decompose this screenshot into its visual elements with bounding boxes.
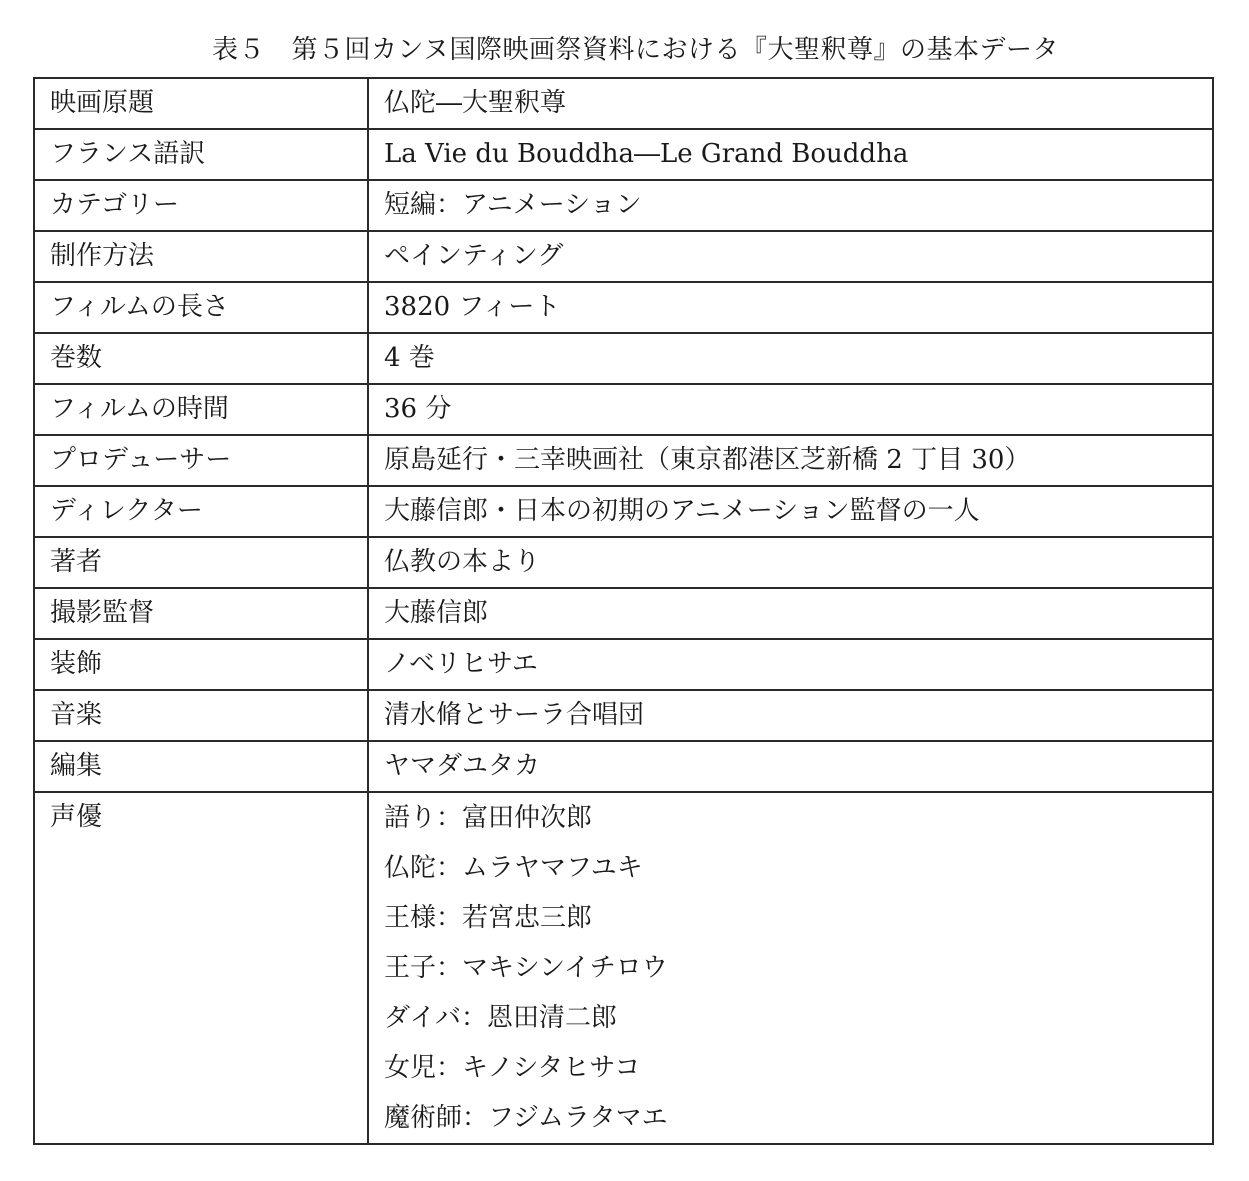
row-label: 音楽 [34, 690, 368, 741]
row-value: 大藤信郎・日本の初期のアニメーション監督の一人 [368, 486, 1213, 537]
cast-entry: 王様：若宮忠三郎 [384, 893, 1212, 943]
cast-entry: 仏陀：ムラヤマフユキ [384, 843, 1212, 893]
row-label: フィルムの時間 [34, 384, 368, 435]
row-value: 仏陀―大聖釈尊 [368, 78, 1213, 129]
table-row: 映画原題仏陀―大聖釈尊 [34, 78, 1213, 129]
row-label: 装飾 [34, 639, 368, 690]
row-label: 撮影監督 [34, 588, 368, 639]
row-label: 巻数 [34, 333, 368, 384]
table-row: 巻数4 巻 [34, 333, 1213, 384]
row-value: ペインティング [368, 231, 1213, 282]
table-row: フィルムの長さ3820 フィート [34, 282, 1213, 333]
row-value: 原島延行・三幸映画社（東京都港区芝新橋 2 丁目 30） [368, 435, 1213, 486]
row-label: 声優 [34, 792, 368, 1144]
voice-cast-list: 語り：富田仲次郎 仏陀：ムラヤマフユキ 王様：若宮忠三郎 王子：マキシンイチロウ… [368, 792, 1213, 1144]
row-value: 4 巻 [368, 333, 1213, 384]
table-row: 著者仏教の本より [34, 537, 1213, 588]
row-value: 3820 フィート [368, 282, 1213, 333]
voice-cast-row: 声優 語り：富田仲次郎 仏陀：ムラヤマフユキ 王様：若宮忠三郎 王子：マキシンイ… [34, 792, 1213, 1144]
table-row: フィルムの時間36 分 [34, 384, 1213, 435]
row-label: カテゴリー [34, 180, 368, 231]
cast-entry: 女児：キノシタヒサコ [384, 1043, 1212, 1093]
row-label: プロデューサー [34, 435, 368, 486]
table-row: 編集ヤマダユタカ [34, 741, 1213, 792]
row-label: 映画原題 [34, 78, 368, 129]
row-value: 清水脩とサーラ合唱団 [368, 690, 1213, 741]
film-data-table: 映画原題仏陀―大聖釈尊 フランス語訳La Vie du Bouddha―Le G… [33, 77, 1214, 1145]
cast-entry: ダイバ：恩田清二郎 [384, 993, 1212, 1043]
row-label: フランス語訳 [34, 129, 368, 180]
cast-entry: 語り：富田仲次郎 [384, 793, 1212, 843]
row-value: 大藤信郎 [368, 588, 1213, 639]
table-row: カテゴリー短編：アニメーション [34, 180, 1213, 231]
row-label: ディレクター [34, 486, 368, 537]
table-row: 音楽清水脩とサーラ合唱団 [34, 690, 1213, 741]
row-value: ヤマダユタカ [368, 741, 1213, 792]
table-row: 制作方法ペインティング [34, 231, 1213, 282]
table-row: 撮影監督大藤信郎 [34, 588, 1213, 639]
row-value: ノベリヒサエ [368, 639, 1213, 690]
row-value: La Vie du Bouddha―Le Grand Bouddha [368, 129, 1213, 180]
row-label: フィルムの長さ [34, 282, 368, 333]
row-label: 著者 [34, 537, 368, 588]
row-value: 仏教の本より [368, 537, 1213, 588]
row-value: 短編：アニメーション [368, 180, 1213, 231]
row-label: 制作方法 [34, 231, 368, 282]
row-value: 36 分 [368, 384, 1213, 435]
table-row: ディレクター大藤信郎・日本の初期のアニメーション監督の一人 [34, 486, 1213, 537]
table-row: フランス語訳La Vie du Bouddha―Le Grand Bouddha [34, 129, 1213, 180]
table-row: プロデューサー原島延行・三幸映画社（東京都港区芝新橋 2 丁目 30） [34, 435, 1213, 486]
cast-entry: 魔術師：フジムラタマエ [384, 1093, 1212, 1143]
table-row: 装飾ノベリヒサエ [34, 639, 1213, 690]
row-label: 編集 [34, 741, 368, 792]
table-caption: 表５ 第５回カンヌ国際映画祭資料における『大聖釈尊』の基本データ [0, 30, 1249, 70]
cast-entry: 王子：マキシンイチロウ [384, 943, 1212, 993]
